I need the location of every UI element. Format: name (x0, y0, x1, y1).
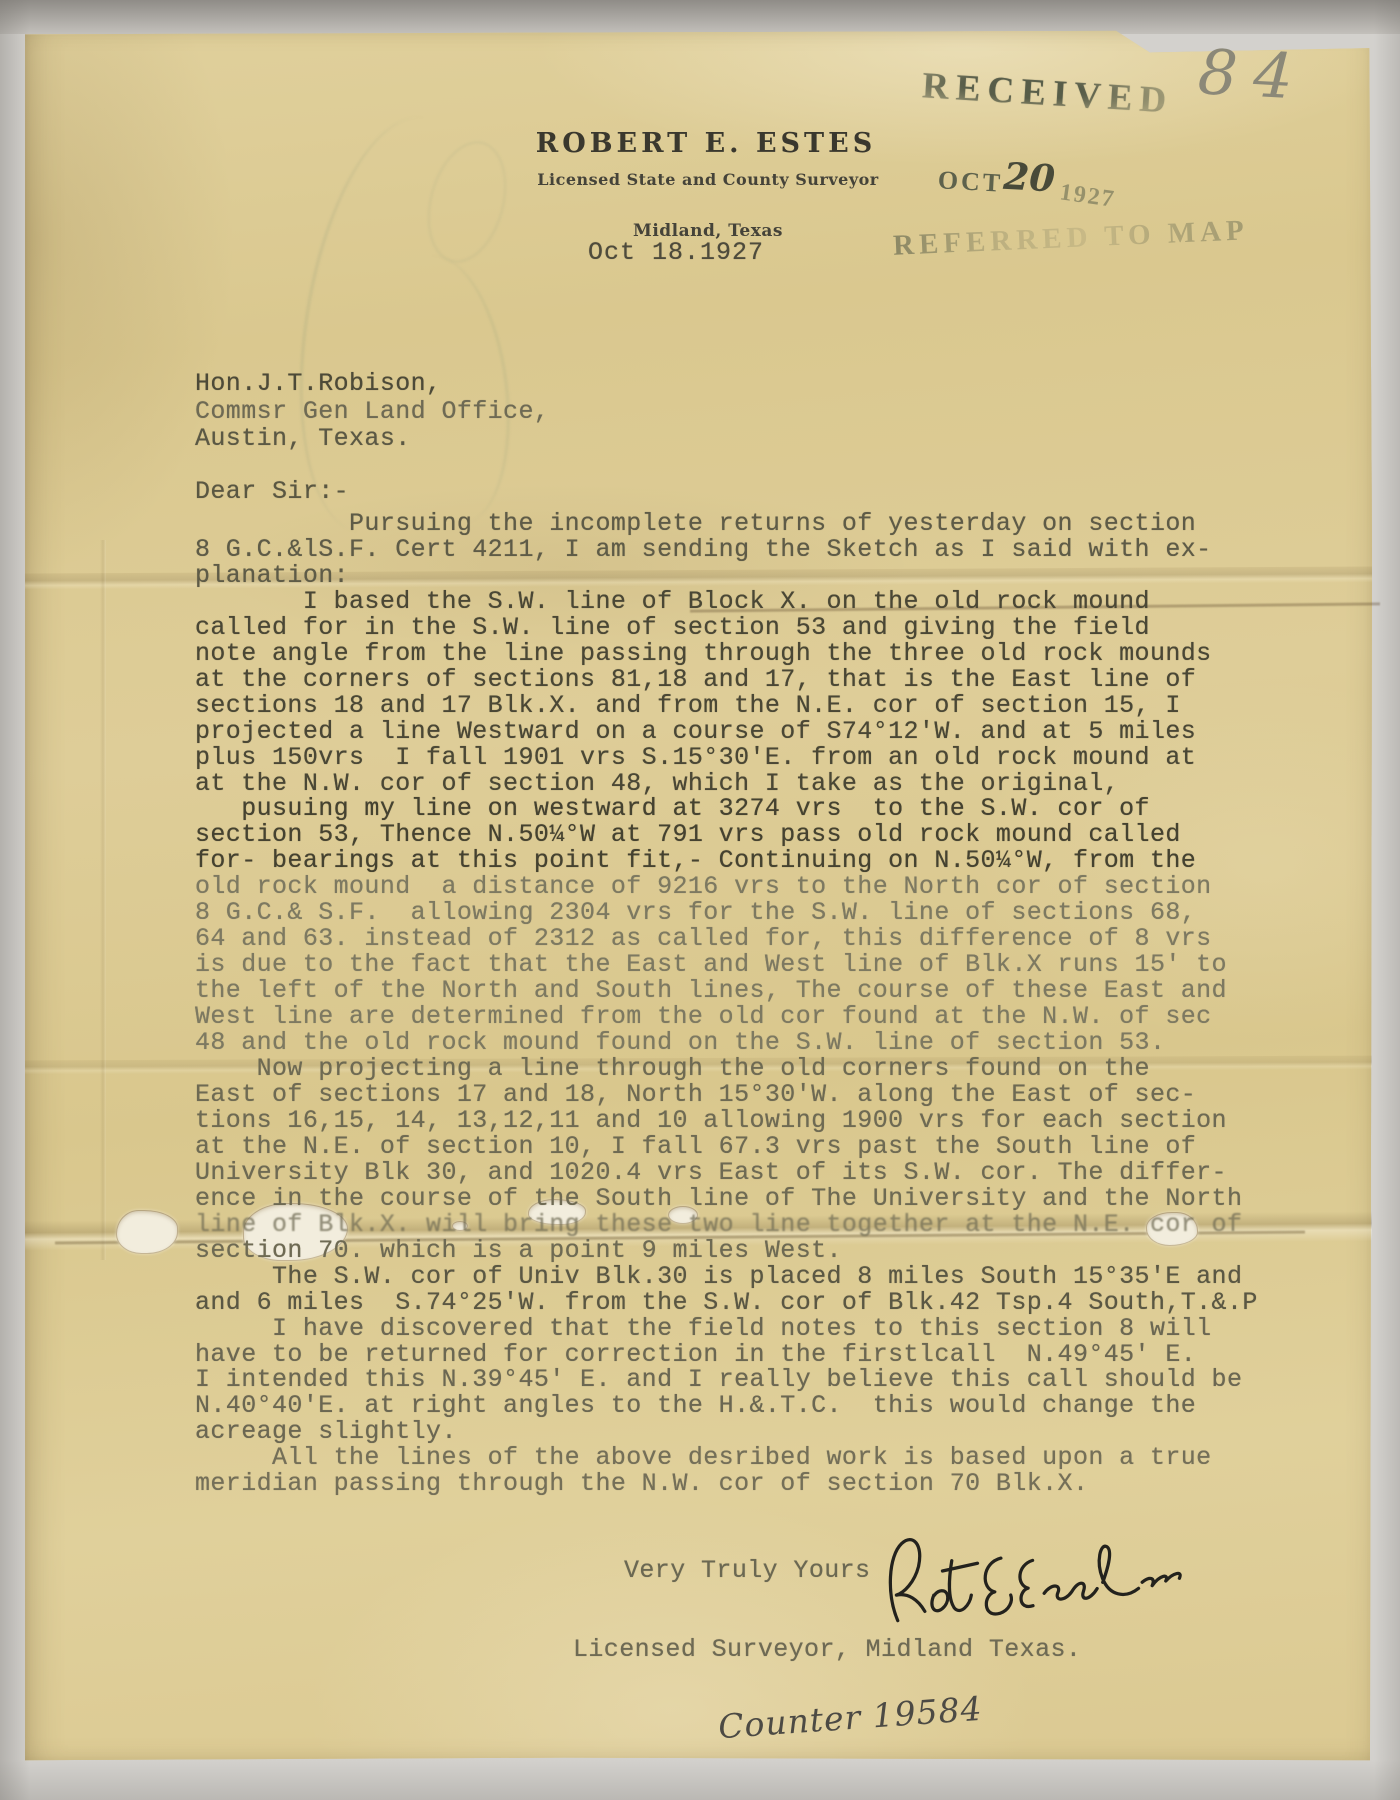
letter-line: old rock mound a distance of 9216 vrs to… (195, 874, 1258, 900)
letterhead-name: ROBERT E. ESTES (536, 128, 876, 159)
letter-line: I intended this N.39°45' E. and I really… (195, 1367, 1258, 1393)
letter-line: at the N.W. cor of section 48, which I t… (195, 771, 1258, 797)
letter-line: have to be returned for correction in th… (195, 1342, 1258, 1368)
received-date-stamp: OCT201927 (937, 153, 1118, 206)
letter-line: Now projecting a line through the old co… (195, 1056, 1258, 1082)
letter-line: 48 and the old rock mound found on the S… (195, 1030, 1258, 1056)
letter-line: Austin, Texas. (195, 425, 549, 453)
stamp-month: OCT (937, 165, 1004, 197)
letter-line: line of Blk.X. will bring these two line… (195, 1212, 1258, 1238)
letter-line: planation: (195, 563, 1258, 589)
letter-body: Pursuing the incomplete returns of yeste… (195, 511, 1258, 1497)
letter-line: section 70. which is a point 9 miles Wes… (195, 1238, 1258, 1264)
letter-line: note angle from the line passing through… (195, 641, 1258, 667)
letterhead-title: Licensed State and County Surveyor (537, 170, 878, 189)
letter-line: Hon.J.T.Robison, (195, 370, 549, 398)
letter-line: tions 16,15, 14, 13,12,11 and 10 allowin… (195, 1108, 1258, 1134)
letter-line: called for in the S.W. line of section 5… (195, 615, 1258, 641)
letter-line: 64 and 63. instead of 2312 as called for… (195, 926, 1258, 952)
letter-line: The S.W. cor of Univ Blk.30 is placed 8 … (195, 1264, 1258, 1290)
tear-hole (116, 1210, 178, 1254)
letter-line: All the lines of the above desribed work… (195, 1445, 1258, 1471)
salutation: Dear Sir:- (195, 477, 349, 506)
page-number-annotation: 84 (1196, 35, 1311, 114)
letter-line: University Blk 30, and 1020.4 vrs East o… (195, 1160, 1258, 1186)
letter-line: 8 G.C.&lS.F. Cert 4211, I am sending the… (195, 537, 1258, 563)
typed-date: Oct 18.1927 (588, 238, 764, 267)
signature-title: Licensed Surveyor, Midland Texas. (573, 1635, 1081, 1664)
letter-line: plus 150vrs I fall 1901 vrs S.15°30'E. f… (195, 745, 1258, 771)
letter-line: meridian passing through the N.W. cor of… (195, 1471, 1258, 1497)
recipient-address: Hon.J.T.Robison,Commsr Gen Land Office,A… (195, 370, 549, 453)
letter-line: ence in the course of the South line of … (195, 1186, 1258, 1212)
letter-line: at the corners of sections 81,18 and 17,… (195, 667, 1258, 693)
letter-line: projected a line Westward on a course of… (195, 719, 1258, 745)
letter-line: acreage slightly. (195, 1419, 1258, 1445)
letter-line: for- bearings at this point fit,- Contin… (195, 848, 1258, 874)
letter-line: pusuing my line on westward at 3274 vrs … (195, 796, 1258, 822)
letter-line: is due to the fact that the East and Wes… (195, 952, 1258, 978)
letter-line: East of sections 17 and 18, North 15°30'… (195, 1082, 1258, 1108)
letter-line: Pursuing the incomplete returns of yeste… (195, 511, 1258, 537)
signature-stroke (875, 1516, 1195, 1636)
letter-line: section 53, Thence N.50¼°W at 791 vrs pa… (195, 822, 1258, 848)
letter-line: West line are determined from the old co… (195, 1004, 1258, 1030)
letter-line: I based the S.W. line of Block X. on the… (195, 589, 1258, 615)
stamp-day-handwritten: 20 (1002, 154, 1056, 201)
valediction: Very Truly Yours (624, 1556, 870, 1585)
letter-line: I have discovered that the field notes t… (195, 1316, 1258, 1342)
letter-line: at the N.E. of section 10, I fall 67.3 v… (195, 1134, 1258, 1160)
letter-line: sections 18 and 17 Blk.X. and from the N… (195, 693, 1258, 719)
letter-line: and 6 miles S.74°25'W. from the S.W. cor… (195, 1290, 1258, 1316)
letter-line: the left of the North and South lines, T… (195, 978, 1258, 1004)
letter-line: N.40°40'E. at right angles to the H.&.T.… (195, 1393, 1258, 1419)
signature (875, 1516, 1195, 1641)
letter-line: Commsr Gen Land Office, (195, 398, 549, 426)
letter-line: 8 G.C.& S.F. allowing 2304 vrs for the S… (195, 900, 1258, 926)
